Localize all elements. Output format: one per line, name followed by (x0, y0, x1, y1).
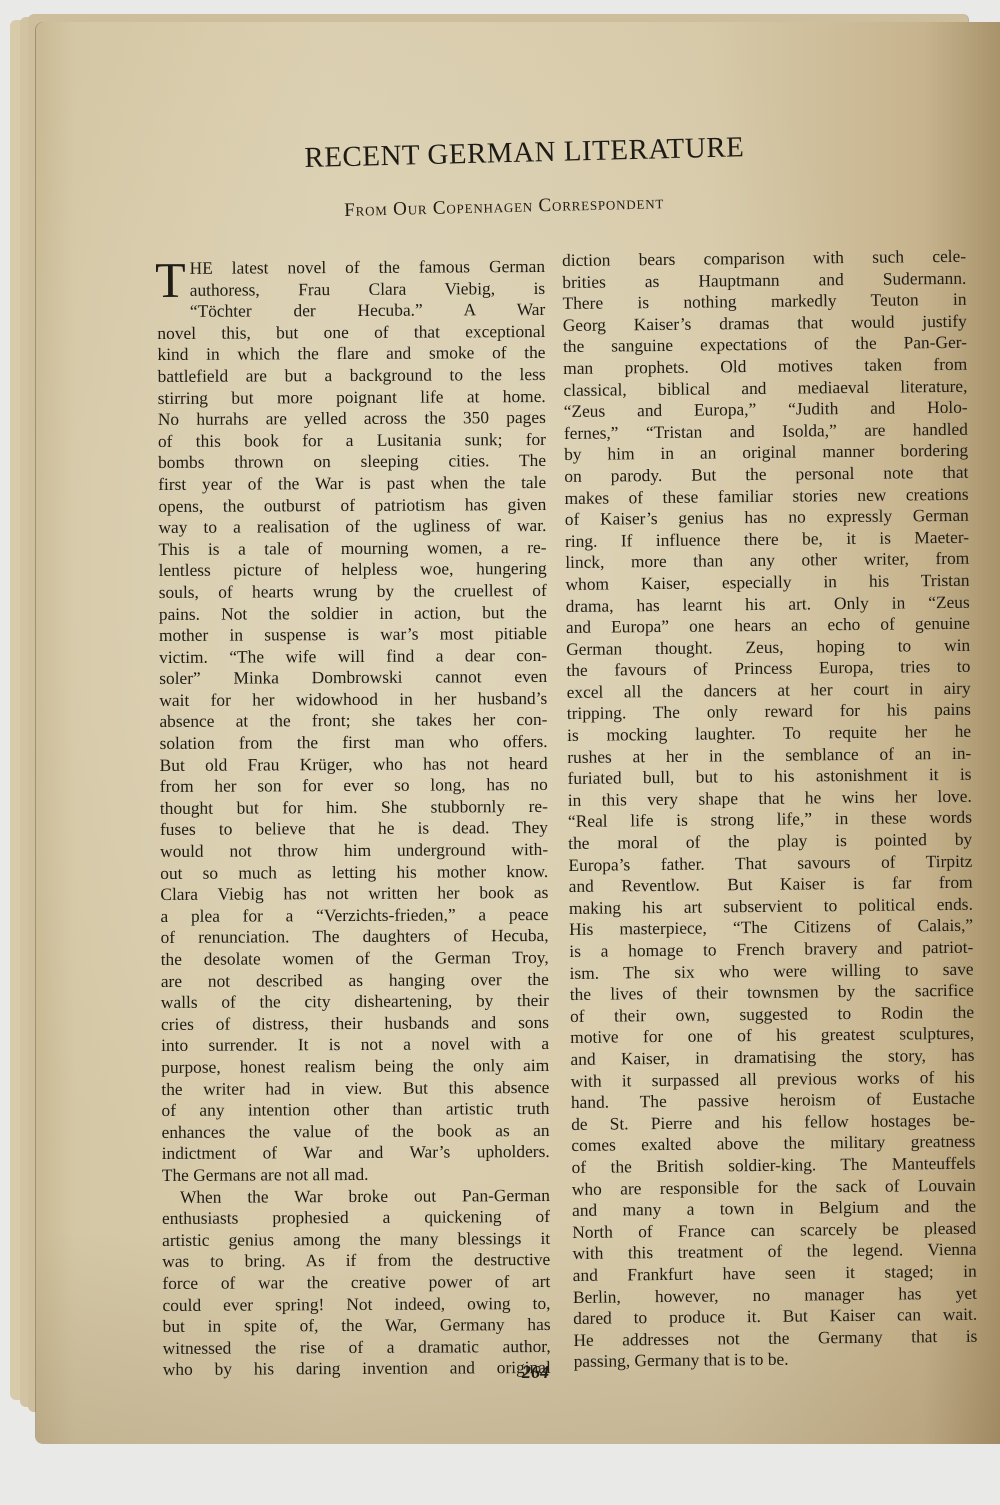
left-column: T HE latest novel of the famous German a… (157, 256, 551, 1381)
text-line: battlefield are but a background to the … (158, 364, 546, 388)
text-line: Clara Viebig has not written her book as (160, 882, 548, 906)
text-line: way to a realisation of the ugliness of … (158, 515, 546, 539)
text-line: from her son for ever so long, has no (160, 774, 548, 798)
text-line: enthusiasts prophesied a quickening of (162, 1206, 550, 1230)
text-line: kind in which the flare and smoke of the (157, 342, 545, 366)
text-line: enhances the value of the book as an (162, 1120, 550, 1144)
text-line: the desolate women of the German Troy, (161, 947, 549, 971)
text-line: of any intention other than artistic tru… (161, 1098, 549, 1122)
text-line: of renunciation. The daughters of Hecuba… (161, 925, 549, 949)
text-line: cries of distress, their husbands and so… (161, 1012, 549, 1036)
text-line: into surrender. It is not a novel with a (161, 1033, 549, 1057)
text-line: opens, the outburst of patriotism has gi… (158, 493, 546, 517)
left-column-body: novel this, but one of that exceptionalk… (157, 321, 551, 1381)
text-line: The Germans are not all mad. (162, 1163, 550, 1187)
text-line: purpose, honest realism being the only a… (161, 1055, 549, 1079)
text-line: the writer had in view. But this absence (161, 1077, 549, 1101)
text-line: bombs thrown on sleeping cities. The (158, 450, 546, 474)
text-line: souls, of hearts wrung by the cruellest … (159, 580, 547, 604)
text-line: first year of the War is past when the t… (158, 472, 546, 496)
text-line: wait for her widowhood in her husband’s (159, 688, 547, 712)
text-line: witnessed the rise of a dramatic author, (163, 1336, 551, 1360)
text-line: but in spite of, the War, Germany has (163, 1314, 551, 1338)
right-column-body: diction bears comparison with such cele-… (562, 246, 978, 1373)
text-line: of this book for a Lusitania sunk; for (158, 429, 546, 453)
page-number: 264 (522, 1362, 549, 1383)
text-line: But old Frau Krüger, who has not heard (160, 753, 548, 777)
text-line: out so much as letting his mother know. (160, 861, 548, 885)
text-line: fuses to believe that he is dead. They (160, 817, 548, 841)
text-line: who by his daring invention and original (163, 1357, 551, 1381)
text-line: would not throw him underground with- (160, 839, 548, 863)
text-line: a plea for a “Verzichts-frieden,” a peac… (160, 904, 548, 928)
text-line: solation from the first man who offers. (159, 731, 547, 755)
text-line: are not described as hanging over the (161, 969, 549, 993)
text-line: lentless picture of helpless woe, hunger… (159, 558, 547, 582)
text-line: was to bring. As if from the destructive (162, 1249, 550, 1273)
text-line: artistic genius among the many blessings… (162, 1228, 550, 1252)
text-line: HE latest novel of the famous German (157, 256, 545, 280)
text-line: No hurrahs are yelled across the 350 pag… (158, 407, 546, 431)
text-line: This is a tale of mourning women, a re- (158, 537, 546, 561)
text-line: When the War broke out Pan-German (162, 1184, 550, 1208)
text-line: stirring but more poignant life at home. (158, 386, 546, 410)
text-line: soler” Minka Dombrowski cannot even (159, 666, 547, 690)
text-line: force of war the creative power of art (162, 1271, 550, 1295)
text-line: “Töchter der Hecuba.” A War (157, 299, 545, 323)
drop-cap: T (155, 260, 186, 304)
text-line: authoress, Frau Clara Viebig, is (157, 278, 545, 302)
text-line: passing, Germany that is to be. (574, 1347, 978, 1373)
text-line: absence at the front; she takes her con- (159, 709, 547, 733)
right-column: diction bears comparison with such cele-… (562, 246, 978, 1373)
text-line: He addresses not the Germany that is (573, 1325, 977, 1351)
text-line: mother in suspense is war’s most pitiabl… (159, 623, 547, 647)
text-line: novel this, but one of that exceptional (157, 321, 545, 345)
text-line: could ever spring! Not indeed, owing to, (162, 1292, 550, 1316)
text-line: walls of the city disheartening, by thei… (161, 990, 549, 1014)
text-line: indictment of War and War’s upholders. (162, 1141, 550, 1165)
text-line: thought but for him. She stubbornly re- (160, 796, 548, 820)
text-line: victim. “The wife will find a dear con- (159, 645, 547, 669)
text-line: pains. Not the soldier in action, but th… (159, 601, 547, 625)
